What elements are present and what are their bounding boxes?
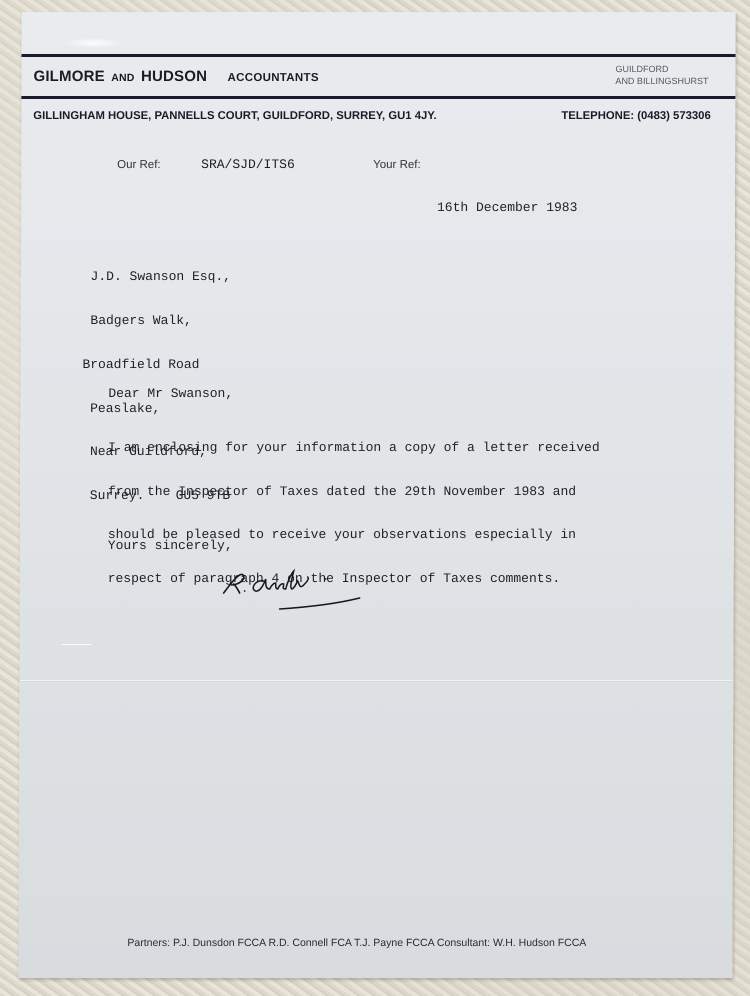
body-line: I am enclosing for your information a co…: [108, 441, 600, 456]
firm-address: GILLINGHAM HOUSE, PANNELLS COURT, GUILDF…: [33, 110, 436, 122]
partners-footer: Partners: P.J. Dunsdon FCCA R.D. Connell…: [127, 937, 586, 949]
office-line-2: AND BILLINGSHURST: [615, 75, 708, 87]
signature-icon: [220, 567, 390, 617]
office-line-1: GUILDFORD: [615, 63, 708, 75]
salutation: Dear Mr Swanson,: [108, 386, 233, 401]
header-rule-top: [22, 54, 736, 57]
office-locations: GUILDFORD AND BILLINGSHURST: [615, 63, 708, 87]
your-ref-label: Your Ref:: [373, 159, 421, 171]
address-line: Badgers Walk,: [83, 314, 231, 329]
firm-type: ACCOUNTANTS: [228, 72, 319, 84]
body-line: from the Inspector of Taxes dated the 29…: [108, 485, 600, 500]
firm-telephone: TELEPHONE: (0483) 573306: [561, 110, 710, 122]
address-line: Broadfield Road: [82, 358, 230, 373]
firm-name-and: AND: [111, 72, 134, 84]
fold-mark: [61, 644, 91, 645]
our-ref-value: SRA/SJD/ITS6: [201, 157, 295, 172]
fold-crease: [19, 680, 733, 682]
our-ref-label: Our Ref:: [117, 159, 161, 171]
address-line: J.D. Swanson Esq.,: [83, 270, 231, 285]
letter-date: 16th December 1983: [437, 200, 577, 215]
firm-name-hudson: HUDSON: [141, 68, 207, 85]
firm-name: GILMORE AND HUDSON ACCOUNTANTS: [33, 68, 318, 85]
header-rule-bottom: [21, 96, 735, 99]
closing: Yours sincerely,: [108, 538, 233, 553]
paper-scuff: [64, 38, 124, 48]
letter-page: GILMORE AND HUDSON ACCOUNTANTS GUILDFORD…: [18, 12, 735, 978]
firm-name-gilmore: GILMORE: [33, 68, 104, 85]
